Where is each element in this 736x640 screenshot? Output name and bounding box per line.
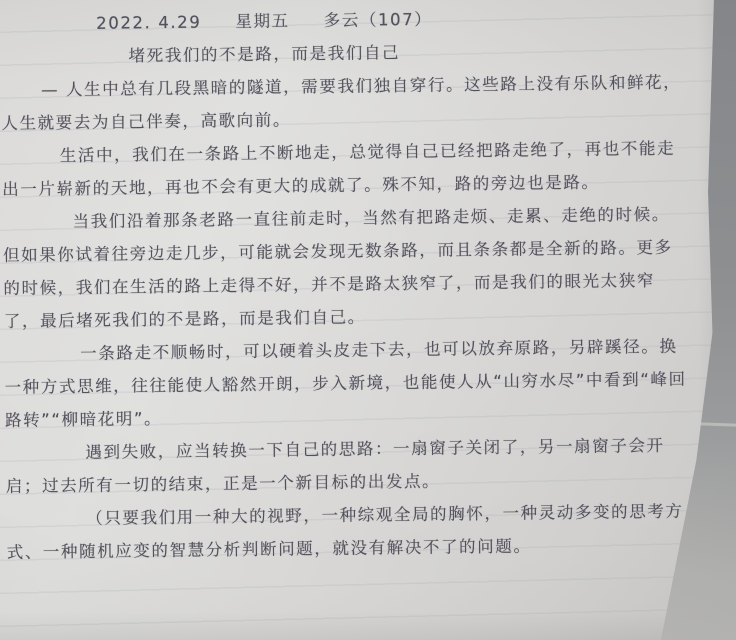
paragraph: （只要我们用一种大的视野，一种综观全局的胸怀，一种灵动多变的思考方式、一种随机应… <box>6 495 691 569</box>
paragraph: 当我们沿着那条老路一直往前走时，当然有把路走烦、走累、走绝的时候。但如果你试着往… <box>2 198 688 338</box>
entry-weather: 多云（107） <box>324 3 433 37</box>
paragraph: 一条路走不顺畅时，可以硬着头皮走下去，也可以放弃原路，另辟蹊径。换一种方式思维，… <box>4 330 689 437</box>
table-edge <box>700 422 736 426</box>
paragraph: 生活中，我们在一条路上不断地走，总觉得自己已经把路走绝了，再也不能走出一片崭新的… <box>2 132 687 206</box>
paragraph: 遇到失败，应当转换一下自己的思路：一扇窗子关闭了，另一扇窗子会开启；过去所有一切… <box>5 429 690 503</box>
photo-background: 2022. 4.29 星期五 多云（107） 堵死我们的不是路，而是我们自己 —… <box>0 0 736 640</box>
paragraph: — 人生中总有几段黑暗的隧道，需要我们独自穿行。这些路上没有乐队和鲜花，人生就要… <box>1 66 686 140</box>
entry-weekday: 星期五 <box>235 4 290 38</box>
notebook-paper: 2022. 4.29 星期五 多云（107） 堵死我们的不是路，而是我们自己 —… <box>0 0 736 640</box>
handwritten-text: 2022. 4.29 星期五 多云（107） 堵死我们的不是路，而是我们自己 —… <box>0 0 691 569</box>
entry-date: 2022. 4.29 <box>96 6 202 40</box>
